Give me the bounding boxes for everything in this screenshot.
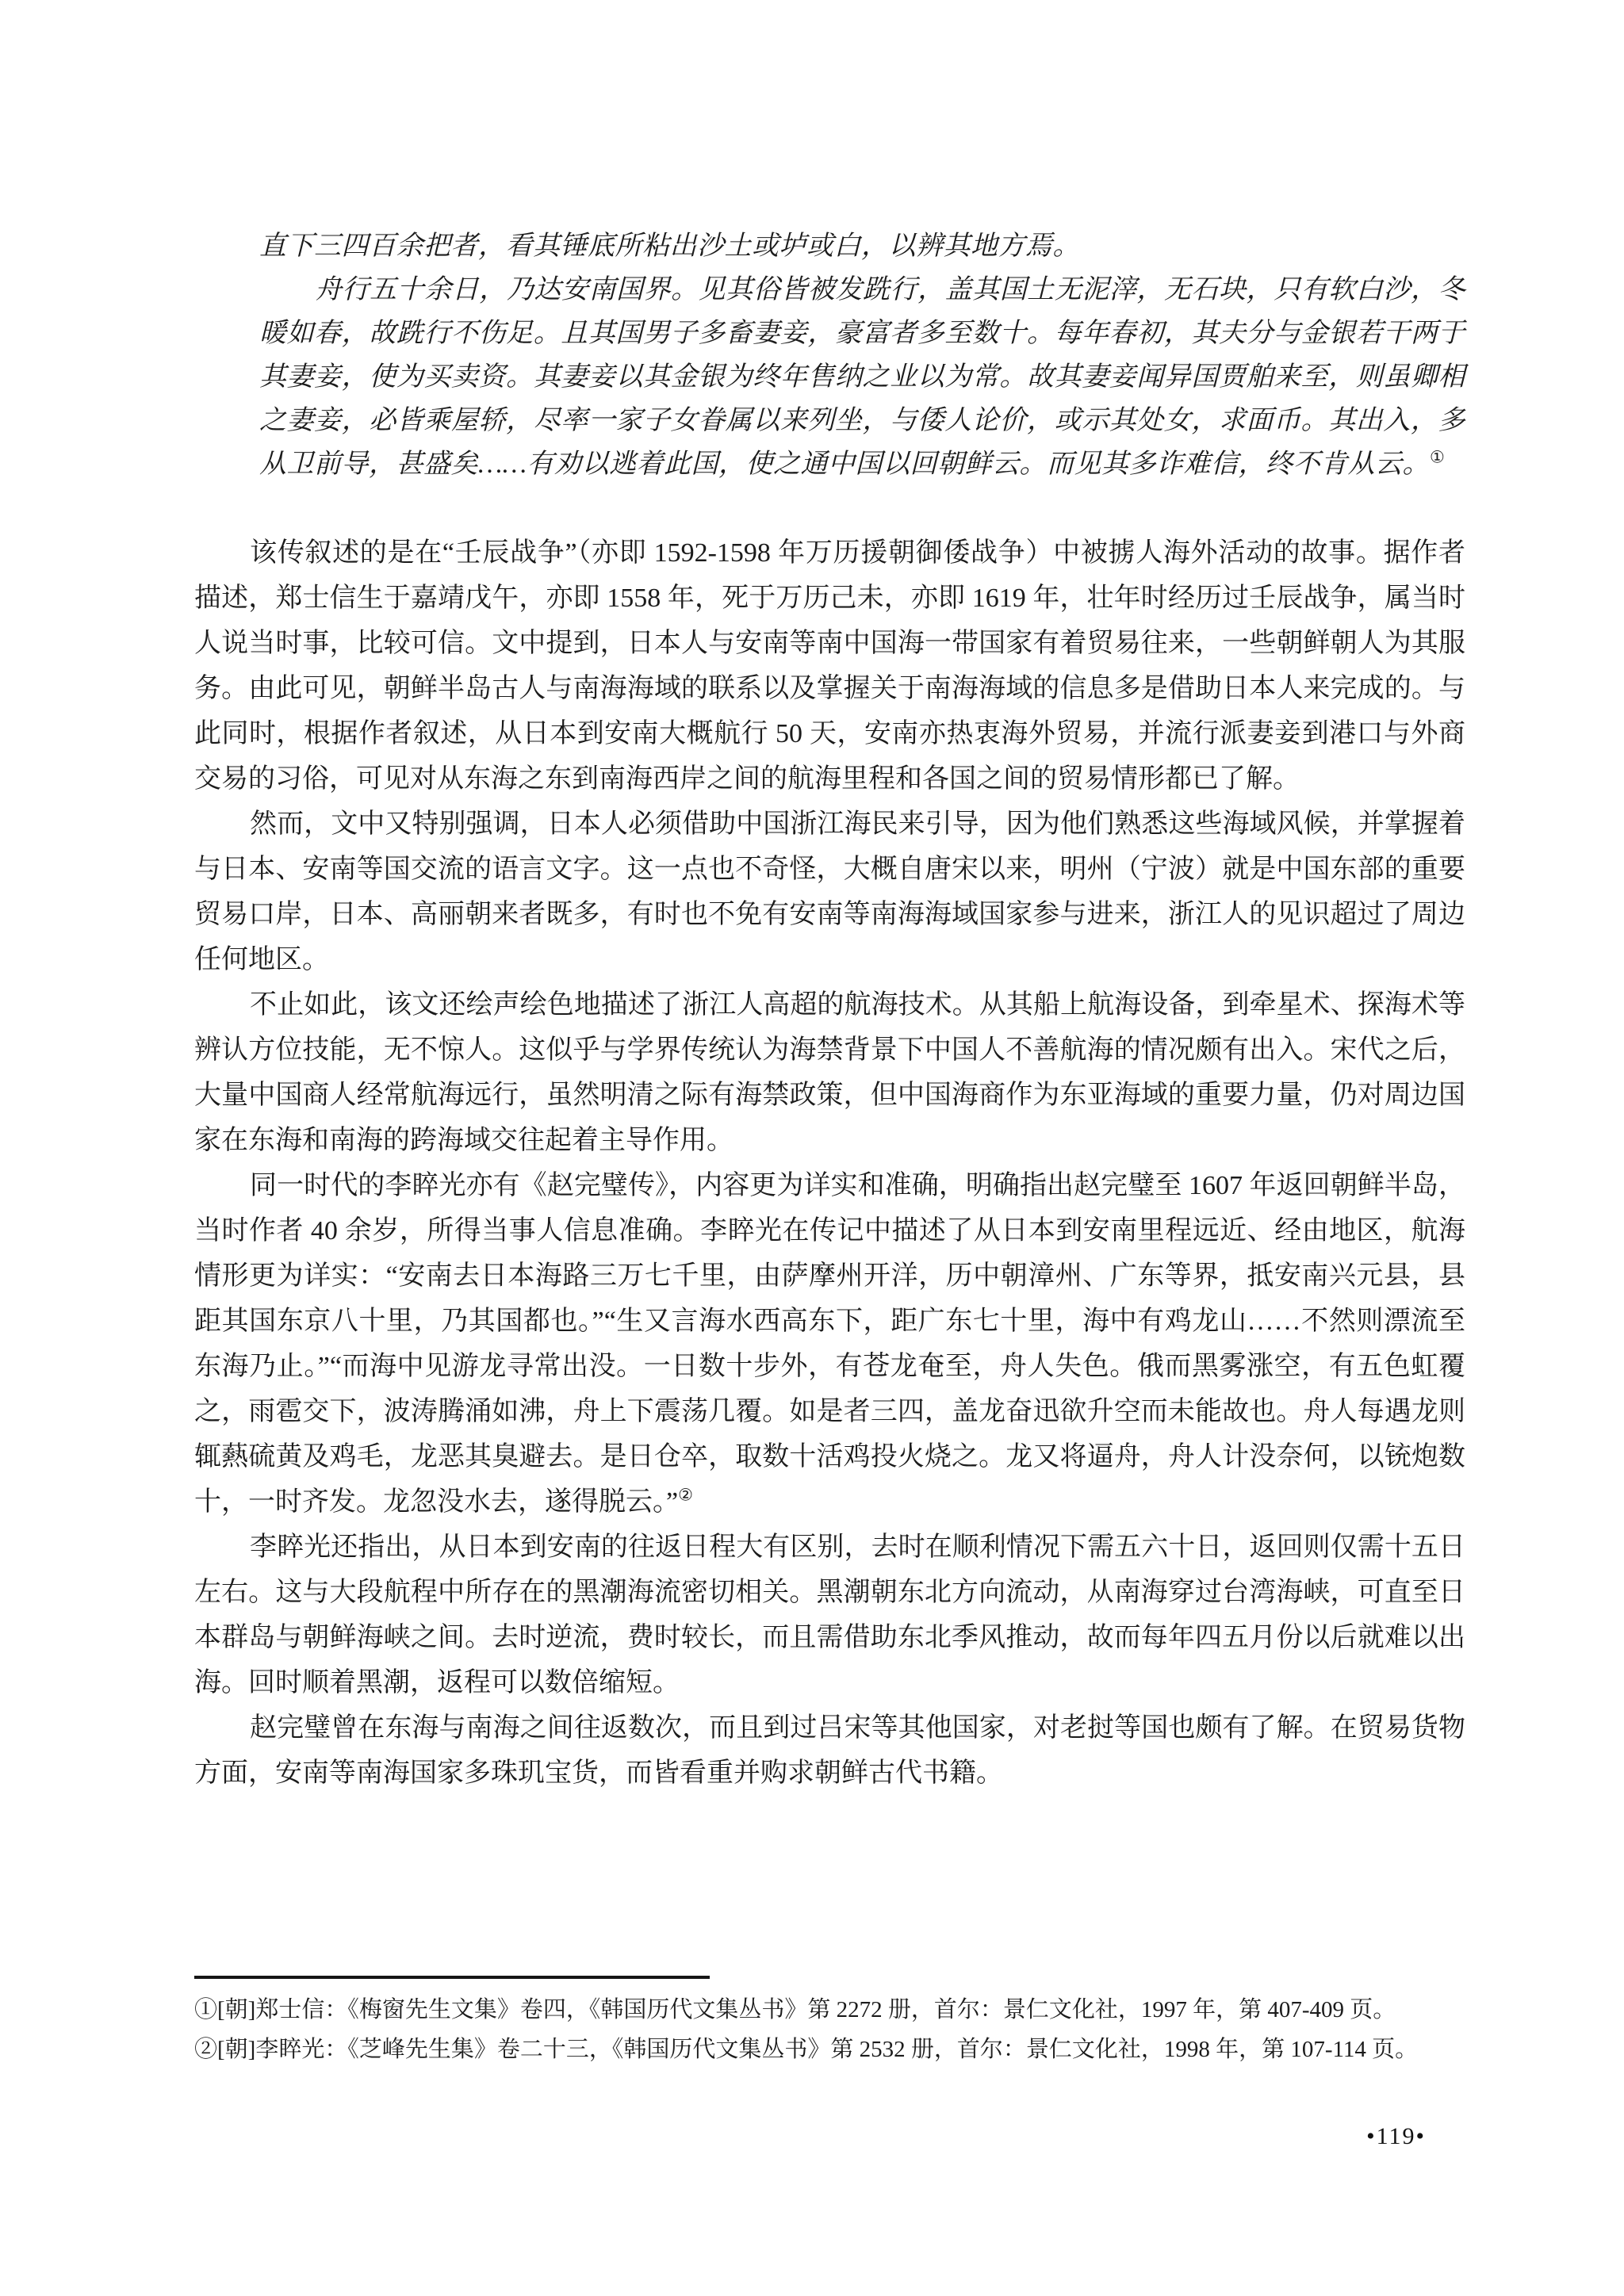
block-quote: 直下三四百余把者，看其锤底所粘出沙土或垆或白，以辨其地方焉。 舟行五十余日，乃达… xyxy=(259,224,1465,486)
paragraph-2: 然而，文中又特别强调，日本人必须借助中国浙江海民来引导，因为他们熟悉这些海域风候… xyxy=(194,802,1465,982)
quote-paragraph-continuation: 直下三四百余把者，看其锤底所粘出沙土或垆或白，以辨其地方焉。 xyxy=(259,224,1465,268)
footnote-separator xyxy=(194,1976,710,1979)
footnote-item-1: ①[朝]郑士信：《梅窗先生文集》卷四，《韩国历代文集丛书》第 2272 册，首尔… xyxy=(194,1990,1465,2030)
footnote-section: ①[朝]郑士信：《梅窗先生文集》卷四，《韩国历代文集丛书》第 2272 册，首尔… xyxy=(194,1976,1465,2069)
footnote-item-2: ②[朝]李睟光：《芝峰先生集》卷二十三，《韩国历代文集丛书》第 2532 册，首… xyxy=(194,2030,1465,2069)
paragraph-4: 同一时代的李睟光亦有《赵完璧传》，内容更为详实和准确，明确指出赵完璧至 1607… xyxy=(194,1163,1465,1525)
quote-paragraph: 舟行五十余日，乃达安南国界。见其俗皆被发跣行，盖其国土无泥滓，无石块，只有软白沙… xyxy=(259,268,1465,486)
quote-text: 舟行五十余日，乃达安南国界。见其俗皆被发跣行，盖其国土无泥滓，无石块，只有软白沙… xyxy=(259,275,1465,479)
paragraph-1: 该传叙述的是在“壬辰战争”（亦即 1592-1598 年万历援朝御倭战争）中被掳… xyxy=(194,530,1465,802)
document-page: 直下三四百余把者，看其锤底所粘出沙土或垆或白，以辨其地方焉。 舟行五十余日，乃达… xyxy=(0,0,1624,2296)
footnote-ref-2: ② xyxy=(678,1486,693,1505)
paragraph-3: 不止如此，该文还绘声绘色地描述了浙江人高超的航海技术。从其船上航海设备，到牵星术… xyxy=(194,982,1465,1163)
page-number: •119• xyxy=(1366,2123,1426,2150)
paragraph-5: 李睟光还指出，从日本到安南的往返日程大有区别，去时在顺利情况下需五六十日，返回则… xyxy=(194,1525,1465,1705)
footnote-ref-1: ① xyxy=(1430,448,1445,467)
text-block: 直下三四百余把者，看其锤底所粘出沙土或垆或白，以辨其地方焉。 舟行五十余日，乃达… xyxy=(194,224,1465,1796)
paragraph-4-text: 同一时代的李睟光亦有《赵完璧传》，内容更为详实和准确，明确指出赵完璧至 1607… xyxy=(194,1171,1465,1517)
paragraph-6: 赵完璧曾在东海与南海之间往返数次，而且到过吕宋等其他国家，对老挝等国也颇有了解。… xyxy=(194,1705,1465,1796)
